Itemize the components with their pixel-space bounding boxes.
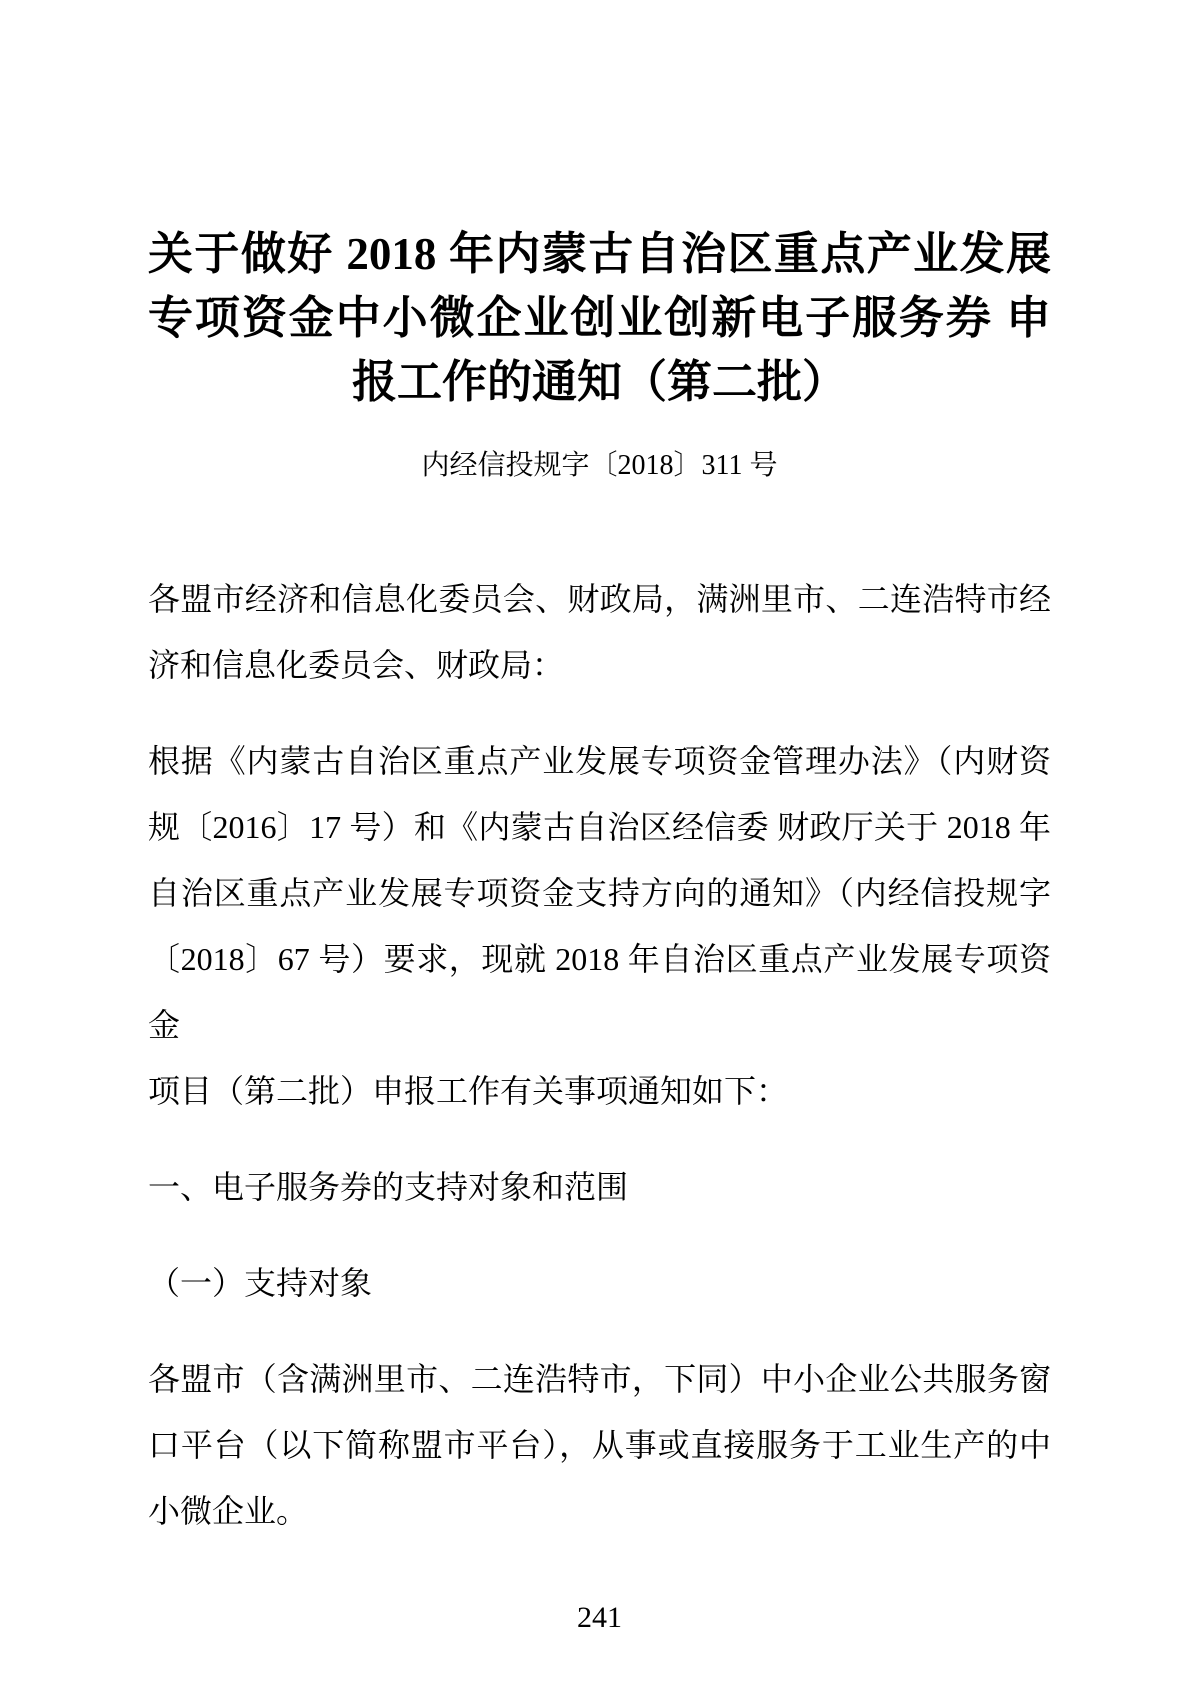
body-line: 各盟市经济和信息化委员会、财政局，满洲里市、二连浩特市经 <box>148 566 1051 632</box>
paragraph-basis: 根据《内蒙古自治区重点产业发展专项资金管理办法》（内财资 规〔2016〕17 号… <box>148 728 1051 1124</box>
title-line-1: 关于做好 2018 年内蒙古自治区重点产业发展 <box>148 222 1051 286</box>
title-line-3: 报工作的通知（第二批） <box>148 350 1051 414</box>
body-line: 小微企业。 <box>148 1478 1051 1544</box>
body-line: 规〔2016〕17 号）和《内蒙古自治区经信委 财政厅关于 2018 年 <box>148 794 1051 860</box>
body-line: 项目（第二批）申报工作有关事项通知如下： <box>148 1058 1051 1124</box>
paragraph-support-target: 各盟市（含满洲里市、二连浩特市，下同）中小企业公共服务窗 口平台（以下简称盟市平… <box>148 1346 1051 1544</box>
document-content: 关于做好 2018 年内蒙古自治区重点产业发展 专项资金中小微企业创业创新电子服… <box>0 0 1199 1544</box>
body-line: 口平台（以下简称盟市平台），从事或直接服务于工业生产的中 <box>148 1412 1051 1478</box>
page-number: 241 <box>0 1598 1199 1638</box>
title-line-2: 专项资金中小微企业创业创新电子服务券 申 <box>148 286 1051 350</box>
document-body: 各盟市经济和信息化委员会、财政局，满洲里市、二连浩特市经 济和信息化委员会、财政… <box>148 566 1051 1544</box>
document-page: 关于做好 2018 年内蒙古自治区重点产业发展 专项资金中小微企业创业创新电子服… <box>0 0 1199 1694</box>
body-line: 自治区重点产业发展专项资金支持方向的通知》（内经信投规字 <box>148 860 1051 926</box>
document-number: 内经信投规字〔2018〕311 号 <box>148 446 1051 486</box>
body-line: 〔2018〕67 号）要求，现就 2018 年自治区重点产业发展专项资金 <box>148 926 1051 1058</box>
body-line: 根据《内蒙古自治区重点产业发展专项资金管理办法》（内财资 <box>148 728 1051 794</box>
paragraph-salutation: 各盟市经济和信息化委员会、财政局，满洲里市、二连浩特市经 济和信息化委员会、财政… <box>148 566 1051 698</box>
section-heading-line: 一、电子服务券的支持对象和范围 <box>148 1154 1051 1220</box>
sub-heading-line: （一）支持对象 <box>148 1250 1051 1316</box>
sub-heading: （一）支持对象 <box>148 1250 1051 1316</box>
section-heading: 一、电子服务券的支持对象和范围 <box>148 1154 1051 1220</box>
body-line: 济和信息化委员会、财政局： <box>148 632 1051 698</box>
body-line: 各盟市（含满洲里市、二连浩特市，下同）中小企业公共服务窗 <box>148 1346 1051 1412</box>
document-title: 关于做好 2018 年内蒙古自治区重点产业发展 专项资金中小微企业创业创新电子服… <box>148 0 1051 414</box>
